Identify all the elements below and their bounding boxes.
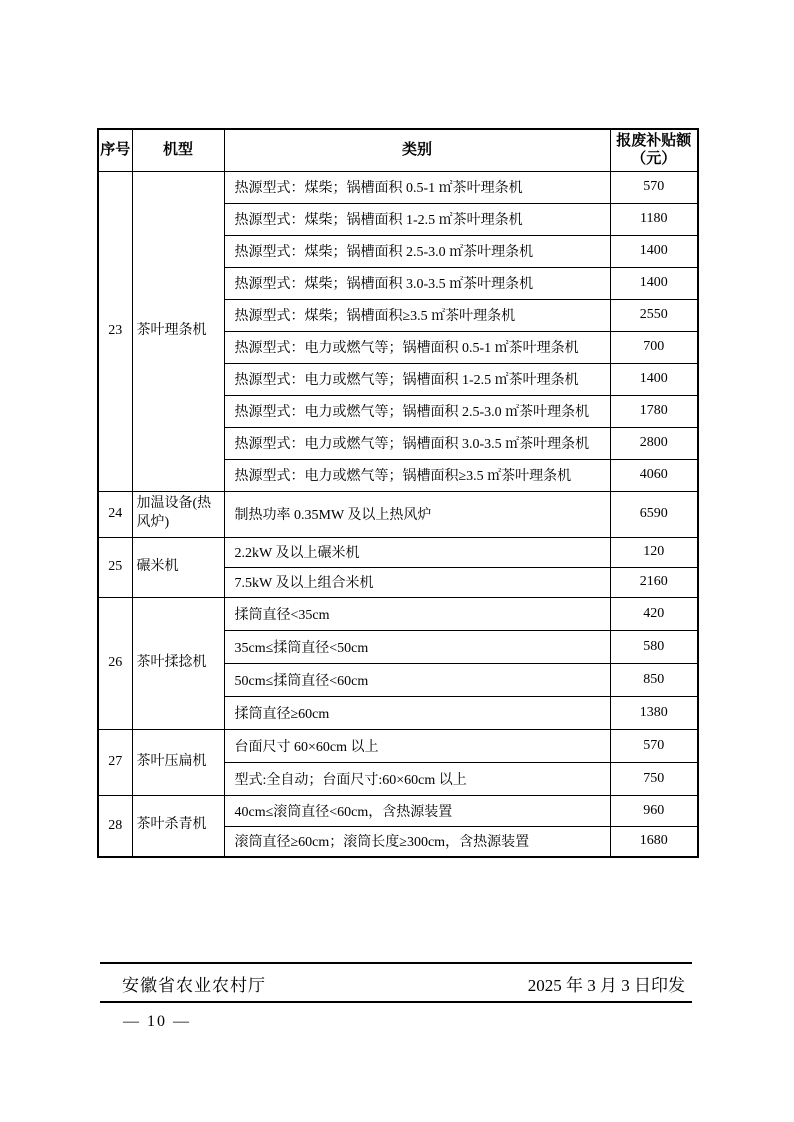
category-cell: 滚筒直径≥60cm；滚筒长度≥300cm，含热源装置 (224, 826, 610, 857)
category-cell: 40cm≤滚筒直径<60cm，含热源装置 (224, 795, 610, 826)
col-header-amount-line2: （元） (611, 150, 698, 169)
amount-cell: 1380 (610, 696, 698, 729)
table-row: 28茶叶杀青机40cm≤滚筒直径<60cm，含热源装置960 (98, 795, 698, 826)
category-cell: 热源型式：煤柴；锅槽面积 2.5-3.0 ㎡茶叶理条机 (224, 235, 610, 267)
category-cell: 热源型式：电力或燃气等；锅槽面积 1-2.5 ㎡茶叶理条机 (224, 363, 610, 395)
model-cell: 茶叶理条机 (132, 171, 224, 491)
amount-cell: 2160 (610, 567, 698, 597)
amount-cell: 750 (610, 762, 698, 795)
category-cell: 35cm≤揉筒直径<50cm (224, 630, 610, 663)
amount-cell: 570 (610, 171, 698, 203)
amount-cell: 2800 (610, 427, 698, 459)
page-number: — 10 — (123, 1013, 191, 1031)
table-row: 23茶叶理条机热源型式：煤柴；锅槽面积 0.5-1 ㎡茶叶理条机570 (98, 171, 698, 203)
serial-cell: 25 (98, 537, 132, 597)
category-cell: 7.5kW 及以上组合米机 (224, 567, 610, 597)
amount-cell: 420 (610, 597, 698, 630)
category-cell: 揉筒直径<35cm (224, 597, 610, 630)
col-header-amount: 报废补贴额 （元） (610, 129, 698, 171)
amount-cell: 1400 (610, 363, 698, 395)
amount-cell: 120 (610, 537, 698, 567)
amount-cell: 700 (610, 331, 698, 363)
table-row: 26茶叶揉捻机揉筒直径<35cm420 (98, 597, 698, 630)
col-header-category: 类别 (224, 129, 610, 171)
category-cell: 制热功率 0.35MW 及以上热风炉 (224, 491, 610, 537)
amount-cell: 1180 (610, 203, 698, 235)
document-page: 序号 机型 类别 报废补贴额 （元） 23茶叶理条机热源型式：煤柴；锅槽面积 0… (0, 0, 794, 1122)
amount-cell: 960 (610, 795, 698, 826)
amount-cell: 570 (610, 729, 698, 762)
category-cell: 热源型式：电力或燃气等；锅槽面积 0.5-1 ㎡茶叶理条机 (224, 331, 610, 363)
footer-print-date: 2025 年 3 月 3 日印发 (528, 971, 685, 996)
category-cell: 热源型式：煤柴；锅槽面积 3.0-3.5 ㎡茶叶理条机 (224, 267, 610, 299)
serial-cell: 27 (98, 729, 132, 795)
category-cell: 2.2kW 及以上碾米机 (224, 537, 610, 567)
category-cell: 热源型式：电力或燃气等；锅槽面积 3.0-3.5 ㎡茶叶理条机 (224, 427, 610, 459)
footer-rule-bottom (100, 1001, 692, 1003)
footer-rule-top (100, 962, 692, 964)
model-cell: 茶叶杀青机 (132, 795, 224, 857)
amount-cell: 1680 (610, 826, 698, 857)
category-cell: 热源型式：电力或燃气等；锅槽面积≥3.5 ㎡茶叶理条机 (224, 459, 610, 491)
category-cell: 型式:全自动；台面尺寸:60×60cm 以上 (224, 762, 610, 795)
amount-cell: 2550 (610, 299, 698, 331)
table-body: 23茶叶理条机热源型式：煤柴；锅槽面积 0.5-1 ㎡茶叶理条机570热源型式：… (98, 171, 698, 857)
table-row: 25碾米机2.2kW 及以上碾米机120 (98, 537, 698, 567)
model-cell: 茶叶压扁机 (132, 729, 224, 795)
table-row: 24加温设备(热风炉)制热功率 0.35MW 及以上热风炉6590 (98, 491, 698, 537)
serial-cell: 23 (98, 171, 132, 491)
serial-cell: 24 (98, 491, 132, 537)
category-cell: 热源型式：电力或燃气等；锅槽面积 2.5-3.0 ㎡茶叶理条机 (224, 395, 610, 427)
subsidy-table: 序号 机型 类别 报废补贴额 （元） 23茶叶理条机热源型式：煤柴；锅槽面积 0… (97, 128, 699, 858)
amount-cell: 4060 (610, 459, 698, 491)
model-cell: 茶叶揉捻机 (132, 597, 224, 729)
amount-cell: 6590 (610, 491, 698, 537)
amount-cell: 850 (610, 663, 698, 696)
category-cell: 热源型式：煤柴；锅槽面积 1-2.5 ㎡茶叶理条机 (224, 203, 610, 235)
model-cell: 碾米机 (132, 537, 224, 597)
amount-cell: 1400 (610, 267, 698, 299)
model-cell: 加温设备(热风炉) (132, 491, 224, 537)
amount-cell: 1400 (610, 235, 698, 267)
category-cell: 揉筒直径≥60cm (224, 696, 610, 729)
header-row: 序号 机型 类别 报废补贴额 （元） (98, 129, 698, 171)
col-header-serial: 序号 (98, 129, 132, 171)
table-row: 27茶叶压扁机台面尺寸 60×60cm 以上570 (98, 729, 698, 762)
col-header-amount-line1: 报废补贴额 (611, 132, 698, 151)
amount-cell: 1780 (610, 395, 698, 427)
col-header-model: 机型 (132, 129, 224, 171)
category-cell: 热源型式：煤柴；锅槽面积≥3.5 ㎡茶叶理条机 (224, 299, 610, 331)
category-cell: 50cm≤揉筒直径<60cm (224, 663, 610, 696)
category-cell: 台面尺寸 60×60cm 以上 (224, 729, 610, 762)
footer-issuer: 安徽省农业农村厅 (122, 971, 266, 996)
amount-cell: 580 (610, 630, 698, 663)
serial-cell: 28 (98, 795, 132, 857)
serial-cell: 26 (98, 597, 132, 729)
category-cell: 热源型式：煤柴；锅槽面积 0.5-1 ㎡茶叶理条机 (224, 171, 610, 203)
